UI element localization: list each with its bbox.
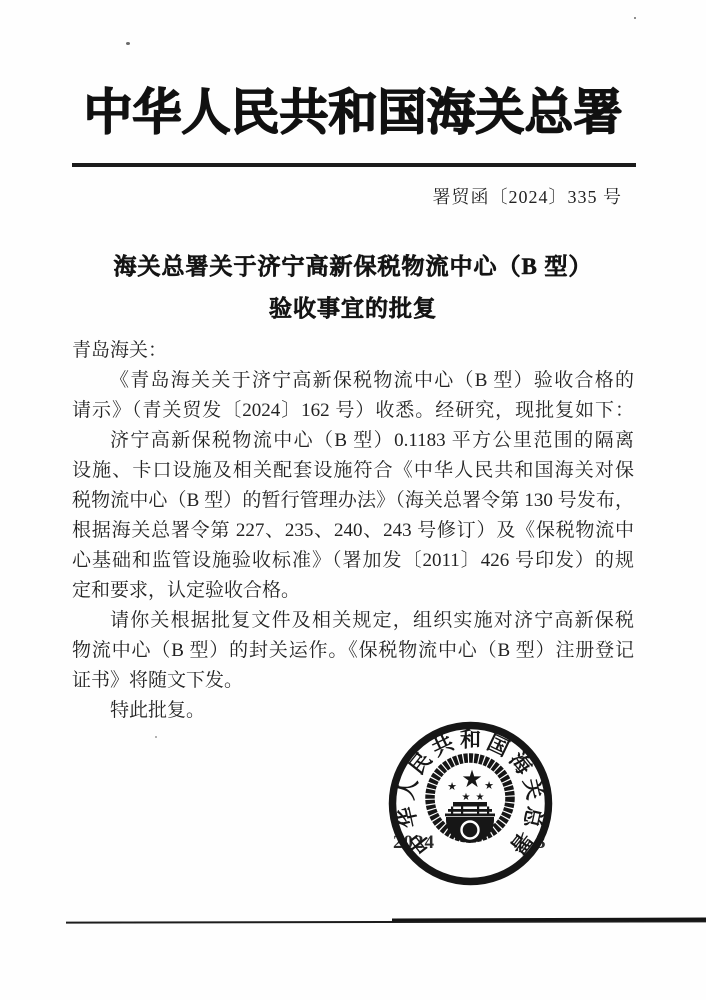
body-text-line: 证书》将随文下发。 xyxy=(72,666,634,696)
scan-speck xyxy=(126,42,130,45)
big-star-icon: ★ xyxy=(461,765,483,793)
document-title-line-1: 海关总署关于济宁高新保税物流中心（B 型） xyxy=(0,246,706,288)
small-star-icon: ★ xyxy=(447,780,457,793)
seal-ring-char: 和 xyxy=(460,728,481,752)
document-body: 青岛海关：《青岛海关关于济宁高新保税物流中心（B 型）验收合格的请示》（青关贸发… xyxy=(72,336,634,726)
document-reference-number: 署贸函〔2024〕335 号 xyxy=(433,186,623,208)
document-title: 海关总署关于济宁高新保税物流中心（B 型） 验收事宜的批复 xyxy=(0,246,706,330)
document-title-line-2: 验收事宜的批复 xyxy=(0,288,706,330)
header-divider-rule xyxy=(72,163,636,167)
body-text-line: 济宁高新保税物流中心（B 型）0.1183 平方公里范围的隔离 xyxy=(72,426,634,456)
seal-ring-char: 华 xyxy=(394,804,422,830)
body-text-line: 设施、卡口设施及相关配套设施符合《中华人民共和国海关对保 xyxy=(72,456,634,486)
body-text-line: 请示》（青关贸发〔2024〕162 号）收悉。经研究，现批复如下： xyxy=(72,396,634,426)
body-text-line: 请你关根据批复文件及相关规定，组织实施对济宁高新保税 xyxy=(72,606,634,636)
organization-title: 中华人民共和国海关总署 xyxy=(0,84,706,142)
scan-speck xyxy=(634,17,636,19)
body-text-line: 根据海关总署令第 227、235、240、243 号修订）及《保税物流中 xyxy=(72,516,634,546)
small-star-icon: ★ xyxy=(462,792,471,803)
body-text-line: 物流中心（B 型）的封关运作。《保税物流中心（B 型）注册登记 xyxy=(72,636,634,666)
body-text-line: 心基础和监管设施验收标准》（署加发〔2011〕426 号印发）的规 xyxy=(72,546,634,576)
scan-speck xyxy=(155,736,157,738)
scan-bottom-edge-line xyxy=(66,920,706,923)
body-text-line: 青岛海关： xyxy=(72,336,634,366)
seal-ring-char: 关 xyxy=(519,776,547,802)
body-text-line: 税物流中心（B 型）的暂行管理办法》（海关总署令第 130 号发布， xyxy=(72,486,634,516)
seal-ring-char: 总 xyxy=(519,804,547,831)
body-text-line: 《青岛海关关于济宁高新保税物流中心（B 型）验收合格的 xyxy=(72,366,634,396)
official-seal-graphic: 中华人民共和国海关总署 ★ ★ ★ ★ ★ xyxy=(388,721,553,886)
body-text-line: 定和要求，认定验收合格。 xyxy=(72,576,634,606)
small-star-icon: ★ xyxy=(484,779,494,792)
seal-ring-char: 人 xyxy=(394,776,422,802)
national-emblem: ★ ★ ★ ★ ★ xyxy=(430,758,510,843)
official-seal: 中华人民共和国海关总署 ★ ★ ★ ★ ★ xyxy=(388,721,553,886)
small-star-icon: ★ xyxy=(476,792,485,803)
